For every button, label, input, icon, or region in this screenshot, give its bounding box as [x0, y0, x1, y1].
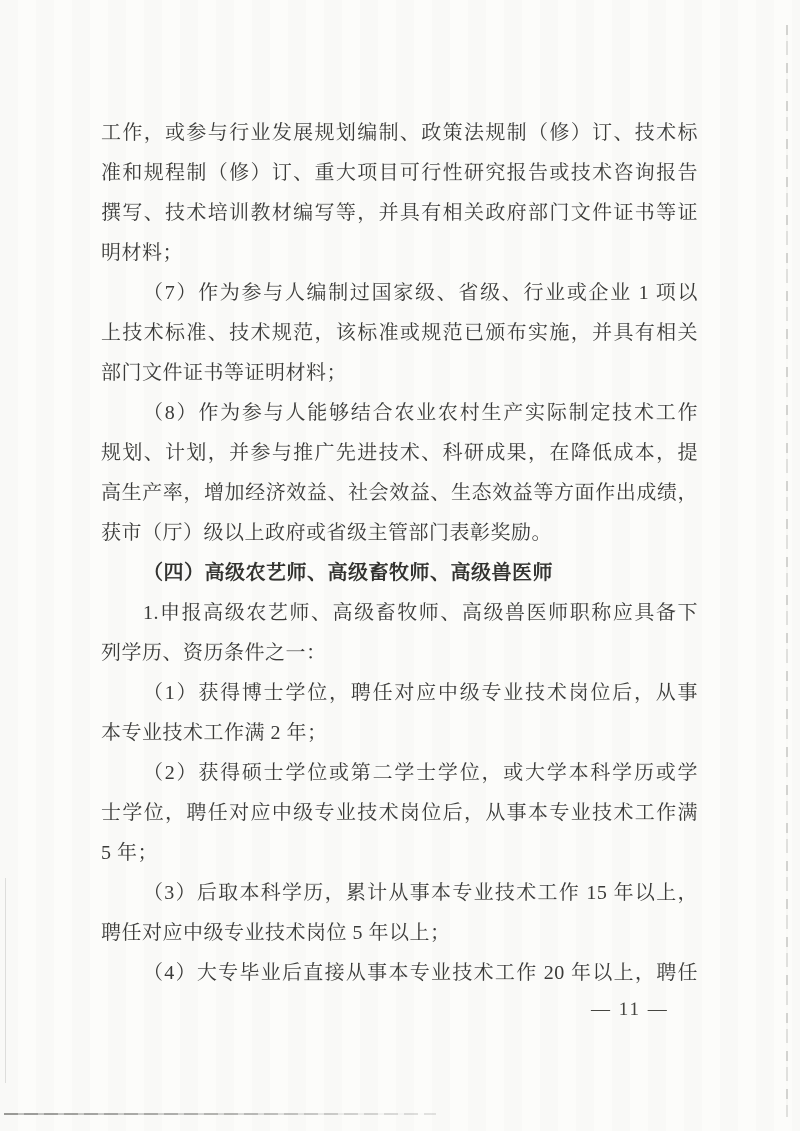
para-item-7: （7）作为参与人编制过国家级、省级、行业或企业 1 项以上技术标准、技术规范，该… — [101, 273, 698, 393]
para-subitem-2: （2）获得硕士学位或第二学士学位，或大学本科学历或学士学位，聘任对应中级专业技术… — [101, 753, 698, 873]
text-line: 明材料； — [101, 233, 698, 273]
para-requirement-intro: 1.申报高级农艺师、高级畜牧师、高级兽医师职称应具备下列学历、资历条件之一： — [101, 593, 698, 673]
para-subitem-4: （4）大专毕业后直接从事本专业技术工作 20 年以上，聘任 — [101, 953, 698, 993]
text-line: 获市（厅）级以上政府或省级主管部门表彰奖励。 — [101, 513, 698, 553]
text-line: 工作，或参与行业发展规划编制、政策法规制（修）订、技术标 — [101, 113, 698, 153]
text-line: 5 年； — [101, 833, 698, 873]
text-line: （7）作为参与人编制过国家级、省级、行业或企业 1 项以 — [101, 273, 698, 313]
text-line: 准和规程制（修）订、重大项目可行性研究报告或技术咨询报告 — [101, 153, 698, 193]
section-heading-line: （四）高级农艺师、高级畜牧师、高级兽医师 — [101, 553, 698, 593]
page-number: — 11 — — [591, 999, 669, 1021]
text-line: （4）大专毕业后直接从事本专业技术工作 20 年以上，聘任 — [101, 953, 698, 993]
text-line: 部门文件证书等证明材料； — [101, 353, 698, 393]
text-line: 聘任对应中级专业技术岗位 5 年以上； — [101, 913, 698, 953]
text-line: 列学历、资历条件之一： — [101, 633, 698, 673]
para-subitem-3: （3）后取本科学历，累计从事本专业技术工作 15 年以上，聘任对应中级专业技术岗… — [101, 873, 698, 953]
scanned-document-page: 工作，或参与行业发展规划编制、政策法规制（修）订、技术标准和规程制（修）订、重大… — [0, 0, 800, 1131]
text-line: 本专业技术工作满 2 年； — [101, 713, 698, 753]
scan-artifact-left-edge-line — [5, 878, 6, 1083]
text-line: （1）获得博士学位，聘任对应中级专业技术岗位后，从事 — [101, 673, 698, 713]
text-line: （2）获得硕士学位或第二学士学位，或大学本科学历或学 — [101, 753, 698, 793]
heading-section-four: （四）高级农艺师、高级畜牧师、高级兽医师 — [101, 553, 698, 593]
para-item-8: （8）作为参与人能够结合农业农村生产实际制定技术工作规划、计划，并参与推广先进技… — [101, 393, 698, 553]
text-line: （3）后取本科学历，累计从事本专业技术工作 15 年以上， — [101, 873, 698, 913]
para-subitem-1: （1）获得博士学位，聘任对应中级专业技术岗位后，从事本专业技术工作满 2 年； — [101, 673, 698, 753]
text-line: 上技术标准、技术规范，该标准或规范已颁布实施，并具有相关 — [101, 313, 698, 353]
text-line: 撰写、技术培训教材编写等，并具有相关政府部门文件证书等证 — [101, 193, 698, 233]
scan-artifact-bottom-line — [4, 1113, 436, 1115]
text-line: （8）作为参与人能够结合农业农村生产实际制定技术工作 — [101, 393, 698, 433]
text-line: 规划、计划，并参与推广先进技术、科研成果，在降低成本，提 — [101, 433, 698, 473]
text-line: 士学位，聘任对应中级专业技术岗位后，从事本专业技术工作满 — [101, 793, 698, 833]
text-block: 工作，或参与行业发展规划编制、政策法规制（修）订、技术标准和规程制（修）订、重大… — [101, 113, 698, 993]
text-line: 高生产率，增加经济效益、社会效益、生态效益等方面作出成绩， — [101, 473, 698, 513]
para-continuation: 工作，或参与行业发展规划编制、政策法规制（修）订、技术标准和规程制（修）订、重大… — [101, 113, 698, 273]
scan-artifact-right-edge-line — [786, 25, 788, 1117]
text-line: 1.申报高级农艺师、高级畜牧师、高级兽医师职称应具备下 — [101, 593, 698, 633]
